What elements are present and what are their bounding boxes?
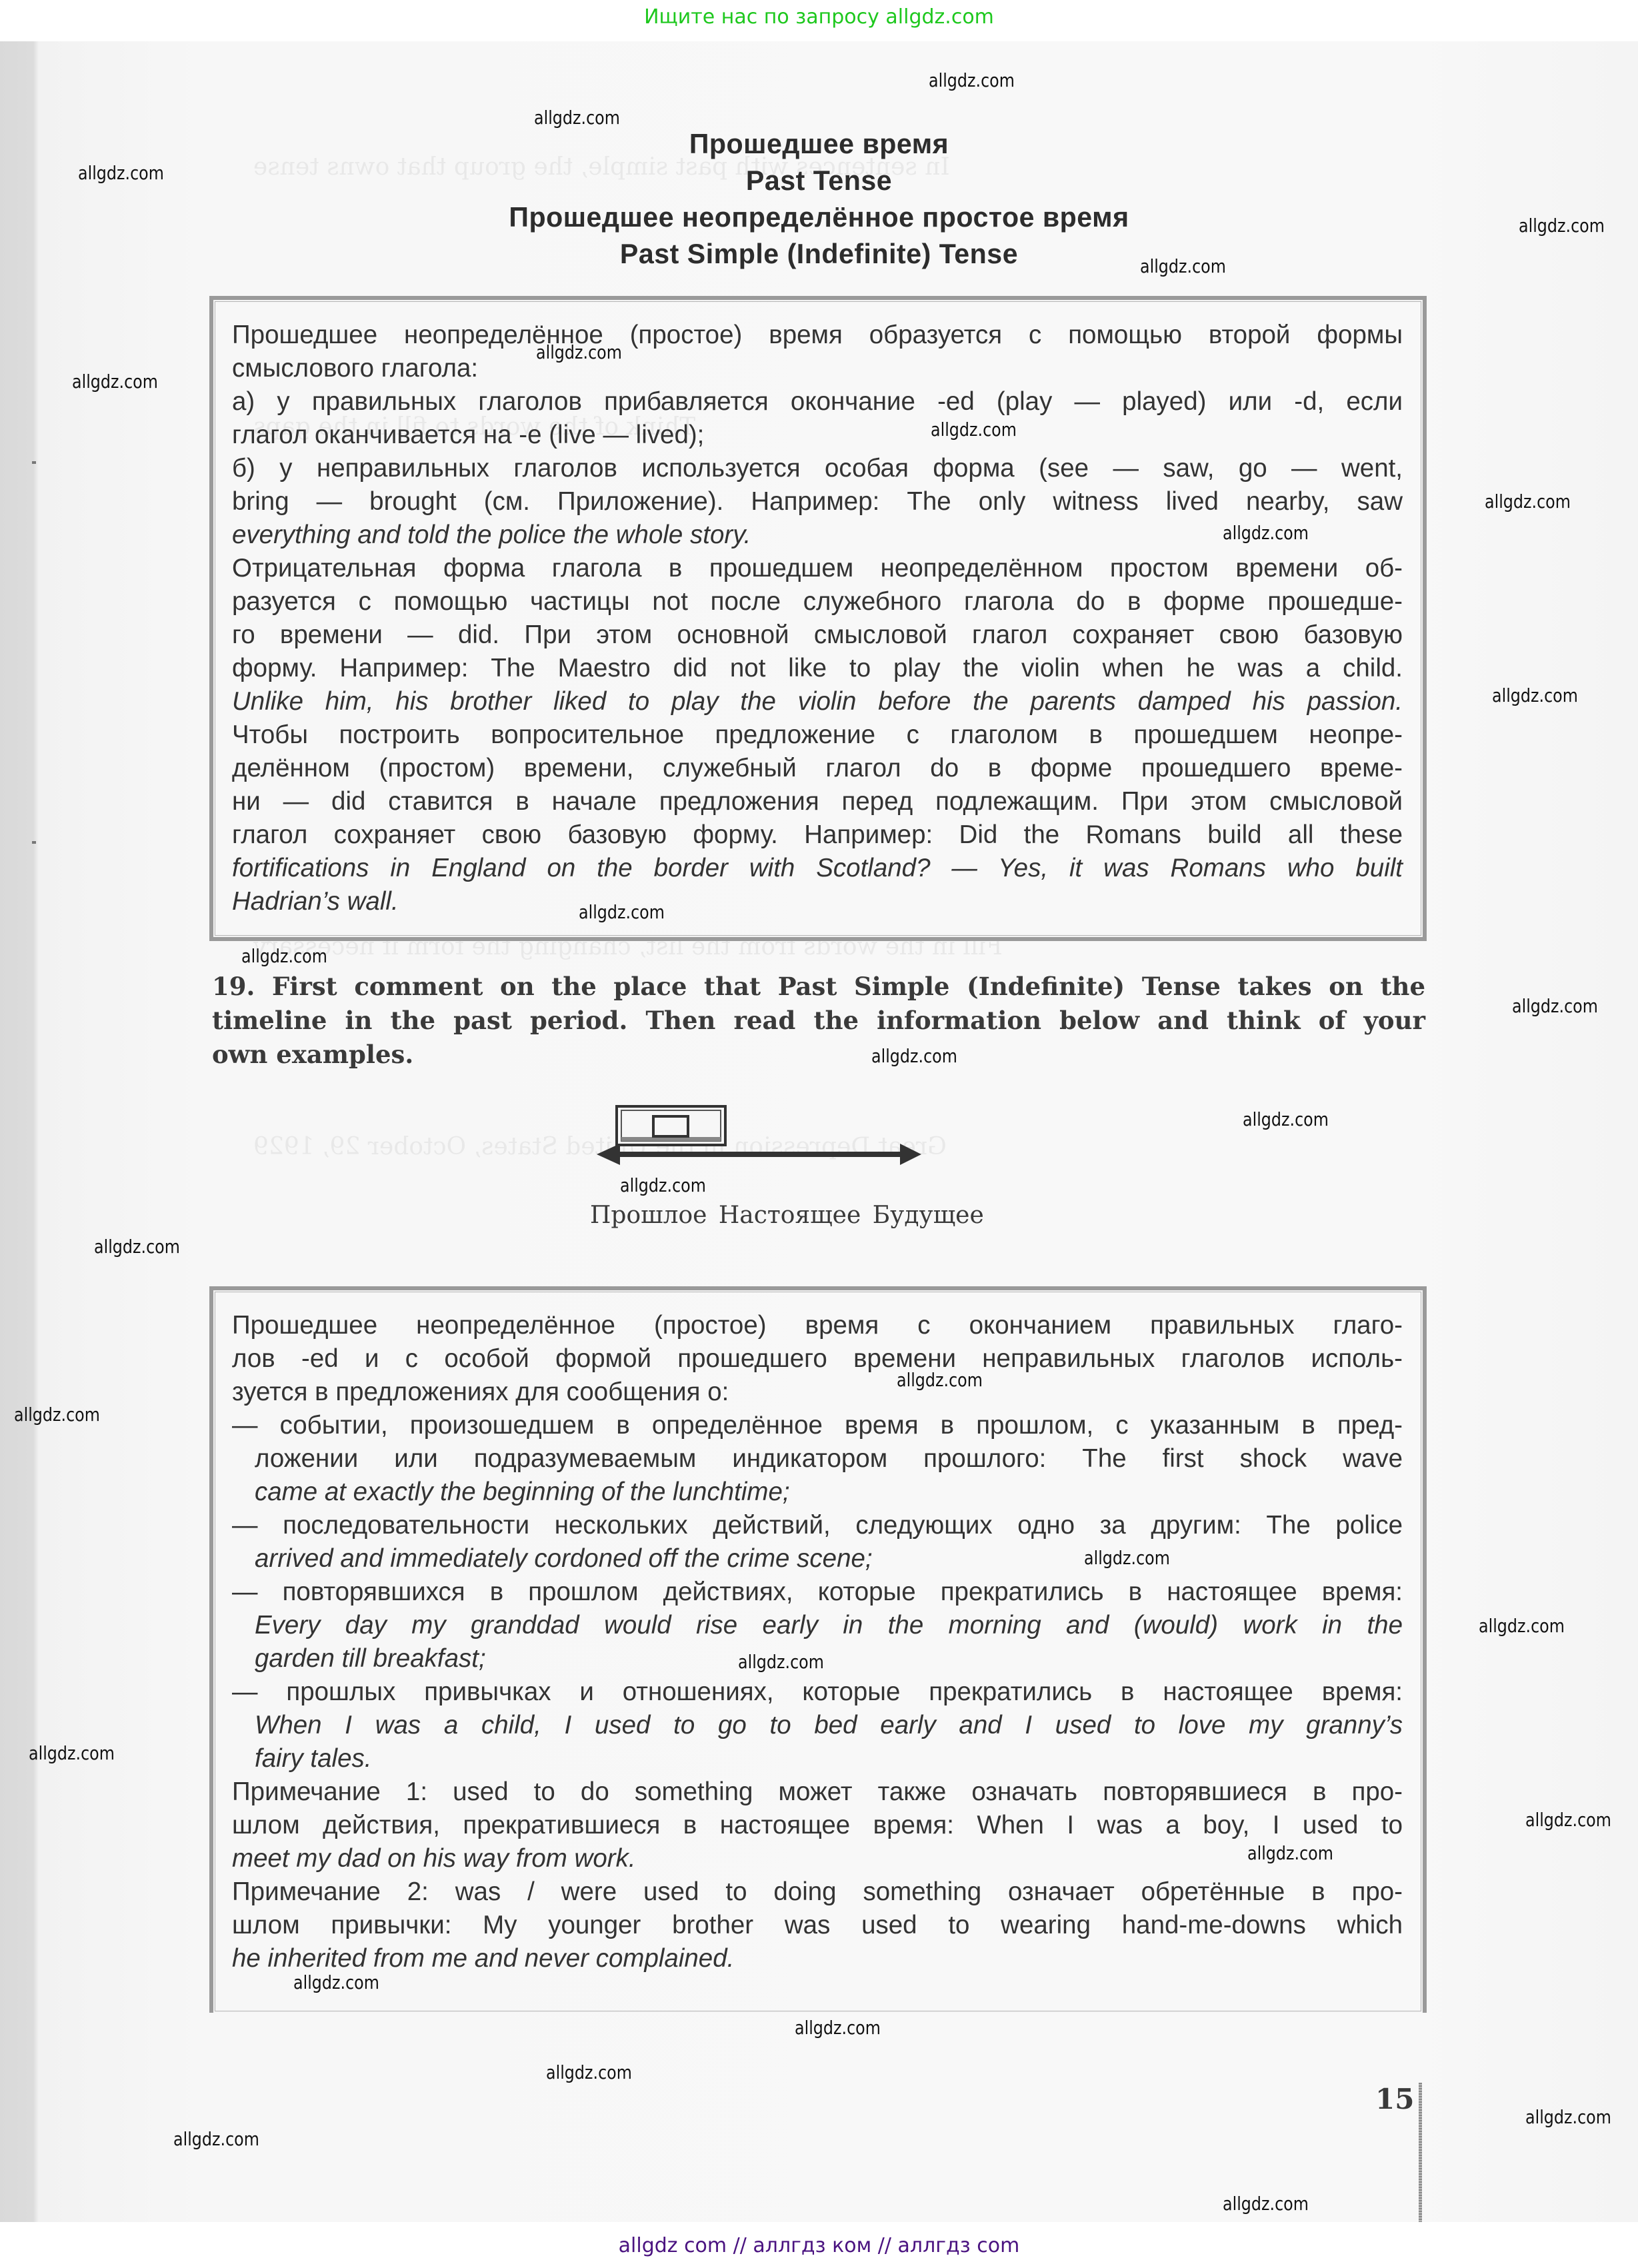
text-line: Отрицательная форма глагола в прошедшем … (232, 552, 1403, 585)
watermark: allgdz.com (1247, 1842, 1333, 1864)
watermark: allgdz.com (897, 1369, 983, 1391)
watermark: allgdz.com (738, 1651, 824, 1673)
text-line: When I was a child, I used to go to bed … (232, 1709, 1403, 1742)
text-line: ни — did ставится в начале предложения п… (232, 785, 1403, 818)
text-line: came at exactly the beginning of the lun… (232, 1476, 1403, 1509)
exercise-line: 19. First comment on the place that Past… (212, 970, 1425, 1004)
watermark: allgdz.com (1492, 684, 1578, 706)
text-line: Unlike him, his brother liked to play th… (232, 685, 1403, 718)
page-number: 15 (1375, 2083, 1414, 2115)
watermark: allgdz.com (1223, 2193, 1309, 2215)
watermark: allgdz.com (94, 1236, 180, 1258)
watermark: allgdz.com (536, 341, 622, 363)
subsection-title-en: Past Simple (Indefinite) Tense (17, 238, 1622, 270)
bottom-banner: allgdz com // аллгдз ком // аллгдз com (0, 2222, 1638, 2268)
text-line: — последовательности нескольких действий… (232, 1509, 1403, 1542)
watermark: allgdz.com (929, 69, 1015, 91)
watermark: allgdz.com (1525, 2106, 1611, 2128)
exercise-19-instructions: 19. First comment on the place that Past… (212, 970, 1425, 1072)
text-line: Hadrian’s wall. (232, 885, 1403, 918)
text-line: meet my dad on his way from work. (232, 1842, 1403, 1875)
gutter-mark (32, 841, 36, 844)
text-line: — повторявшихся в прошлом действиях, кот… (232, 1576, 1403, 1609)
timeline-label: Прошлое Настоящее Будущее (590, 1202, 1043, 1229)
exercise-line: own examples. (212, 1038, 1425, 1072)
watermark: allgdz.com (1223, 522, 1309, 544)
text-line: шлом привычки: My younger brother was us… (232, 1909, 1403, 1942)
text-line: fortifications in England on the border … (232, 852, 1403, 885)
gutter-mark (32, 461, 36, 464)
top-banner: Ищите нас по запросу allgdz.com (0, 0, 1638, 40)
watermark: allgdz.com (534, 107, 620, 129)
rule-box-formation-text: Прошедшее неопределённое (простое) время… (232, 319, 1403, 918)
watermark: allgdz.com (29, 1742, 115, 1764)
text-line: глагол сохраняет свою базовую форму. Нап… (232, 818, 1403, 852)
section-title-ru: Прошедшее время (17, 128, 1622, 160)
watermark: allgdz.com (1243, 1108, 1329, 1130)
page-number-rule (1419, 2083, 1422, 2223)
watermark: allgdz.com (1084, 1547, 1170, 1569)
text-line: Чтобы построить вопросительное предложен… (232, 718, 1403, 752)
watermark: allgdz.com (14, 1404, 100, 1426)
text-line: смыслового глагола: (232, 352, 1403, 385)
text-line: форму. Например: The Maestro did not lik… (232, 652, 1403, 685)
text-line: Прошедшее неопределённое (простое) время… (232, 1309, 1403, 1342)
text-line: ложении или подразумеваемым индикатором … (232, 1442, 1403, 1476)
watermark: allgdz.com (620, 1174, 706, 1196)
text-line: делённом (простом) времени, служебный гл… (232, 752, 1403, 785)
text-line: fairy tales. (232, 1742, 1403, 1775)
watermark: allgdz.com (1525, 1809, 1611, 1831)
watermark: allgdz.com (546, 2061, 632, 2083)
text-line: — прошлых привычках и отношениях, которы… (232, 1676, 1403, 1709)
text-line: глагол оканчивается на -e (live — lived)… (232, 419, 1403, 452)
watermark: allgdz.com (1140, 255, 1226, 277)
rule-box-usage-text: Прошедшее неопределённое (простое) время… (232, 1309, 1403, 1975)
watermark: allgdz.com (579, 901, 665, 923)
watermark: allgdz.com (241, 945, 327, 967)
watermark: allgdz.com (871, 1045, 957, 1067)
watermark: allgdz.com (1519, 215, 1605, 237)
text-line: he inherited from me and never complaine… (232, 1942, 1403, 1975)
text-line: го времени — did. При этом основной смыс… (232, 618, 1403, 652)
watermark: allgdz.com (1512, 995, 1598, 1017)
watermark: allgdz.com (1485, 491, 1571, 513)
watermark: allgdz.com (795, 2017, 881, 2039)
watermark: allgdz.com (78, 162, 164, 184)
note-2-line: Примечание 2: was / were used to doing s… (232, 1875, 1403, 1909)
note-1-line: Примечание 1: used to do something может… (232, 1775, 1403, 1809)
watermark: allgdz.com (293, 1971, 379, 1993)
exercise-line: timeline in the past period. Then read t… (212, 1004, 1425, 1038)
text-line: — событии, произошедшем в определённое в… (232, 1409, 1403, 1442)
rule-box-usage: Прошедшее неопределённое (простое) время… (209, 1286, 1427, 2013)
watermark: allgdz.com (1479, 1615, 1565, 1637)
text-line: bring — brought (см. Приложение). Наприм… (232, 485, 1403, 519)
text-line: шлом действия, прекратившиеся в настояще… (232, 1809, 1403, 1842)
watermark: allgdz.com (72, 371, 158, 393)
text-line: зуется в предложениях для сообщения о: (232, 1376, 1403, 1409)
text-line: arrived and immediately cordoned off the… (232, 1542, 1403, 1576)
text-line: разуется с помощью частицы not после слу… (232, 585, 1403, 618)
section-title-en: Past Tense (17, 165, 1622, 197)
text-line: б) у неправильных глаголов используется … (232, 452, 1403, 485)
text-line: лов -ed и с особой формой прошедшего вре… (232, 1342, 1403, 1376)
timeline-past-marker-icon (593, 1100, 927, 1173)
subsection-title-ru: Прошедшее неопределённое простое время (17, 201, 1622, 233)
text-line: а) у правильных глаголов прибавляется ок… (232, 385, 1403, 419)
text-line: Every day my granddad would rise early i… (232, 1609, 1403, 1642)
rule-box-formation: Прошедшее неопределённое (простое) время… (209, 296, 1427, 941)
text-line: Прошедшее неопределённое (простое) время… (232, 319, 1403, 352)
watermark: allgdz.com (931, 419, 1017, 441)
watermark: allgdz.com (173, 2128, 259, 2150)
